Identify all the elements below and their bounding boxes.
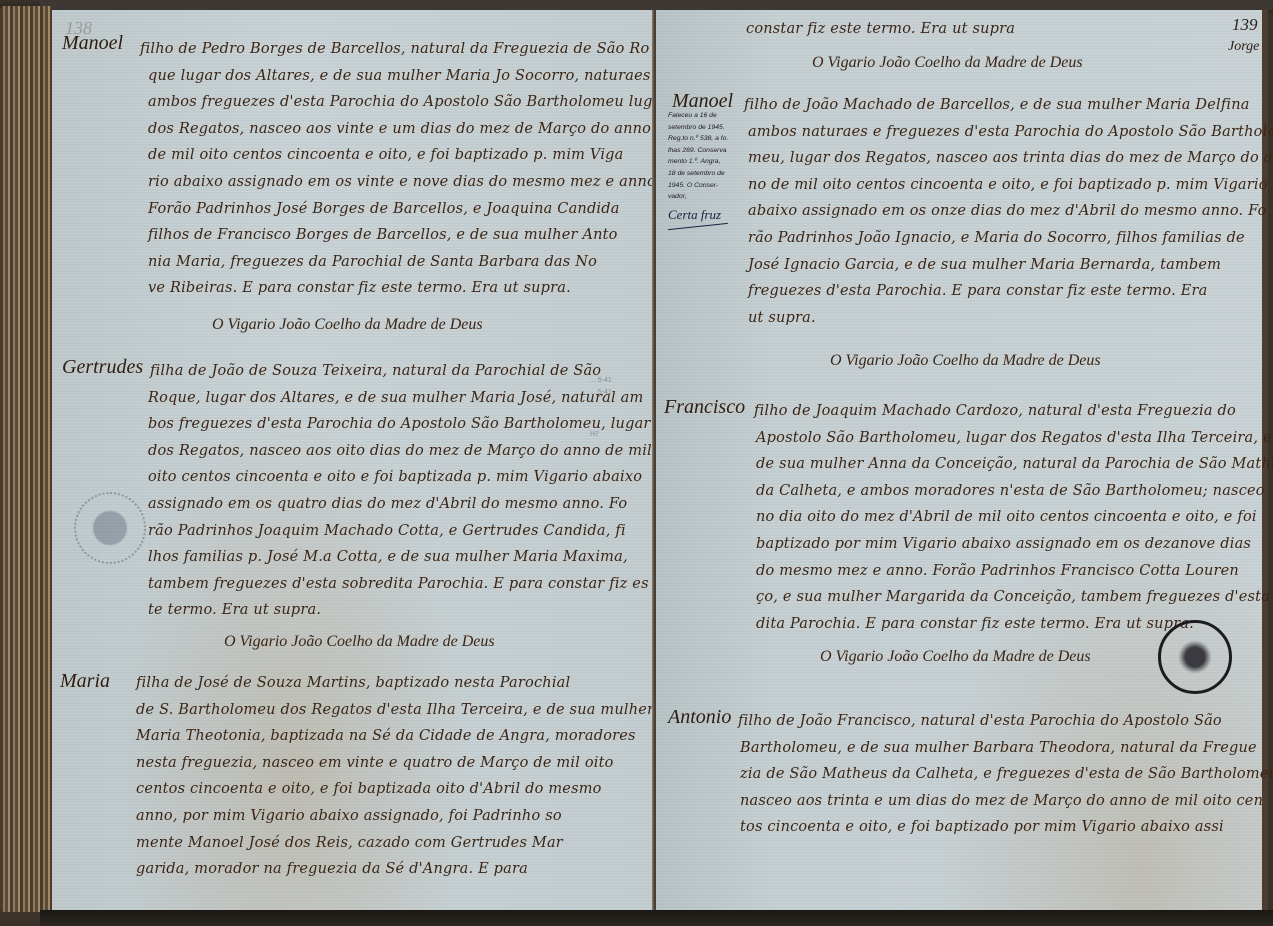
entry-line: tambem freguezes d'esta sobredita Paroch… — [148, 571, 642, 598]
entry-line: anno, por mim Vigario abaixo assignado, … — [136, 803, 640, 830]
pencil-margin-notes: ... 5-41 ... 5-41 H7 — [590, 375, 652, 441]
entry-line: filho de Joaquim Machado Cardozo, natura… — [754, 398, 1234, 425]
entry-line: tos cincoenta e oito, e foi baptizado po… — [740, 814, 1238, 841]
entry-line: dos Regatos, nasceo aos oito dias do mez… — [148, 438, 642, 465]
entry-line: nesta freguezia, nasceo em vinte e quatr… — [136, 750, 640, 777]
entry-line: lhos familias p. José M.a Cotta, e de su… — [148, 544, 642, 571]
baptism-entry-manoel-right: Manoel filho de João Machado de Barcello… — [672, 92, 1232, 331]
folio-mark: Jorge — [1228, 36, 1259, 58]
book-bottom-edge — [40, 910, 1273, 926]
open-register-book: 138 Manoel filho de Pedro Borges de Barc… — [0, 0, 1273, 926]
entry-line: nia Maria, freguezes da Parochial de San… — [148, 249, 642, 276]
entry-name: Manoel — [672, 88, 733, 115]
entry-line: Forão Padrinhos José Borges de Barcellos… — [148, 196, 642, 223]
entry-name: Francisco — [664, 394, 745, 421]
entry-line: abaixo assignado em os onze dias do mez … — [748, 198, 1232, 225]
carryover-entry: constar fiz este termo. Era ut supra — [746, 16, 1226, 43]
baptism-entry-gertrudes: Gertrudes filha de João de Souza Teixeir… — [62, 358, 642, 624]
entry-line: freguezes d'esta Parochia. E para consta… — [748, 278, 1232, 305]
vicar-signature: O Vigario João Coelho da Madre de Deus — [224, 633, 495, 651]
entry-line: rão Padrinhos João Ignacio, e Maria do S… — [748, 225, 1232, 252]
entry-line: de sua mulher Anna da Conceição, natural… — [756, 451, 1234, 478]
folio-number-text: 139 — [1232, 14, 1259, 36]
entry-line: ut supra. — [748, 305, 1232, 332]
entry-line: dita Parochia. E para constar fiz este t… — [756, 611, 1234, 638]
pencil-note-line: ... 5-41 — [590, 387, 652, 399]
entry-line: garida, morador na freguezia da Sé d'Ang… — [136, 856, 640, 883]
pencil-note-line: ... 5-41 — [590, 375, 652, 387]
entry-line: ambos freguezes d'esta Parochia do Apost… — [148, 89, 642, 116]
entry-line: te termo. Era ut supra. — [148, 597, 642, 624]
entry-line: bos freguezes d'esta Parochia do Apostol… — [148, 411, 642, 438]
book-top-edge — [40, 0, 1273, 10]
baptism-entry-manoel-left: Manoel filho de Pedro Borges de Barcello… — [62, 36, 642, 302]
stamp-emblem — [1178, 640, 1212, 674]
entry-line: baptizado por mim Vigario abaixo assigna… — [756, 531, 1234, 558]
entry-line: filho de João Machado de Barcellos, e de… — [744, 92, 1232, 119]
baptism-entry-maria: Maria filha de José de Souza Martins, ba… — [60, 670, 640, 883]
entry-line: Bartholomeu, e de sua mulher Barbara The… — [740, 735, 1238, 762]
entry-line: ve Ribeiras. E para constar fiz este ter… — [148, 275, 642, 302]
entry-line: centos cincoenta e oito, e foi baptizada… — [136, 776, 640, 803]
entry-line: no de mil oito centos cincoenta e oito, … — [748, 172, 1232, 199]
archive-stamp — [1158, 620, 1232, 694]
entry-line: filha de José de Souza Martins, baptizad… — [136, 670, 640, 697]
vicar-signature: O Vigario João Coelho da Madre de Deus — [830, 352, 1101, 370]
entry-line: filho de Pedro Borges de Barcellos, natu… — [140, 36, 642, 63]
entry-line: rão Padrinhos Joaquim Machado Cotta, e G… — [148, 518, 642, 545]
entry-name: Manoel — [62, 30, 123, 57]
entry-line: filho de João Francisco, natural d'esta … — [738, 708, 1238, 735]
entry-line: filhos de Francisco Borges de Barcellos,… — [148, 222, 642, 249]
entry-name: Gertrudes — [62, 354, 143, 381]
entry-line: filha de João de Souza Teixeira, natural… — [150, 358, 642, 385]
entry-line: José Ignacio Garcia, e de sua mulher Mar… — [748, 252, 1232, 279]
archive-stamp-faded — [74, 492, 146, 564]
baptism-entry-antonio: Antonio filho de João Francisco, natural… — [668, 708, 1238, 841]
entry-line: que lugar dos Altares, e de sua mulher M… — [148, 63, 642, 90]
page-block-edge — [0, 6, 52, 912]
entry-line: ambos naturaes e freguezes d'esta Paroch… — [748, 119, 1232, 146]
baptism-entry-francisco: Francisco filho de Joaquim Machado Cardo… — [664, 398, 1234, 637]
entry-line: nasceo aos trinta e um dias do mez de Ma… — [740, 788, 1238, 815]
entry-line: de S. Bartholomeu dos Regatos d'esta Ilh… — [136, 697, 640, 724]
entry-line: assignado em os quatro dias do mez d'Abr… — [148, 491, 642, 518]
entry-line: rio abaixo assignado em os vinte e nove … — [148, 169, 642, 196]
vicar-signature: O Vigario João Coelho da Madre de Deus — [812, 54, 1083, 72]
pencil-note-line: H7 — [590, 429, 652, 441]
entry-name: Maria — [60, 668, 110, 695]
entry-line: constar fiz este termo. Era ut supra — [746, 16, 1226, 43]
entry-line: da Calheta, e ambos moradores n'esta de … — [756, 478, 1234, 505]
entry-line: dos Regatos, nasceo aos vinte e um dias … — [148, 116, 642, 143]
vicar-signature: O Vigario João Coelho da Madre de Deus — [212, 316, 483, 334]
entry-name: Antonio — [668, 704, 731, 731]
entry-line: no dia oito do mez d'Abril de mil oito c… — [756, 504, 1234, 531]
entry-line: meu, lugar dos Regatos, nasceo aos trint… — [748, 145, 1232, 172]
entry-line: zia de São Matheus da Calheta, e freguez… — [740, 761, 1238, 788]
entry-line: oito centos cincoenta e oito e foi bapti… — [148, 464, 642, 491]
entry-line: do mesmo mez e anno. Forão Padrinhos Fra… — [756, 558, 1234, 585]
entry-line: de mil oito centos cincoenta e oito, e f… — [148, 142, 642, 169]
entry-line: Maria Theotonia, baptizada na Sé da Cida… — [136, 723, 640, 750]
entry-line: Roque, lugar dos Altares, e de sua mulhe… — [148, 385, 642, 412]
entry-line: Apostolo São Bartholomeu, lugar dos Rega… — [756, 425, 1234, 452]
folio-number: 139 Jorge — [1232, 14, 1259, 58]
entry-line: ço, e sua mulher Margarida da Conceição,… — [756, 584, 1234, 611]
vicar-signature: O Vigario João Coelho da Madre de Deus — [820, 648, 1091, 666]
entry-line: mente Manoel José dos Reis, cazado com G… — [136, 830, 640, 857]
